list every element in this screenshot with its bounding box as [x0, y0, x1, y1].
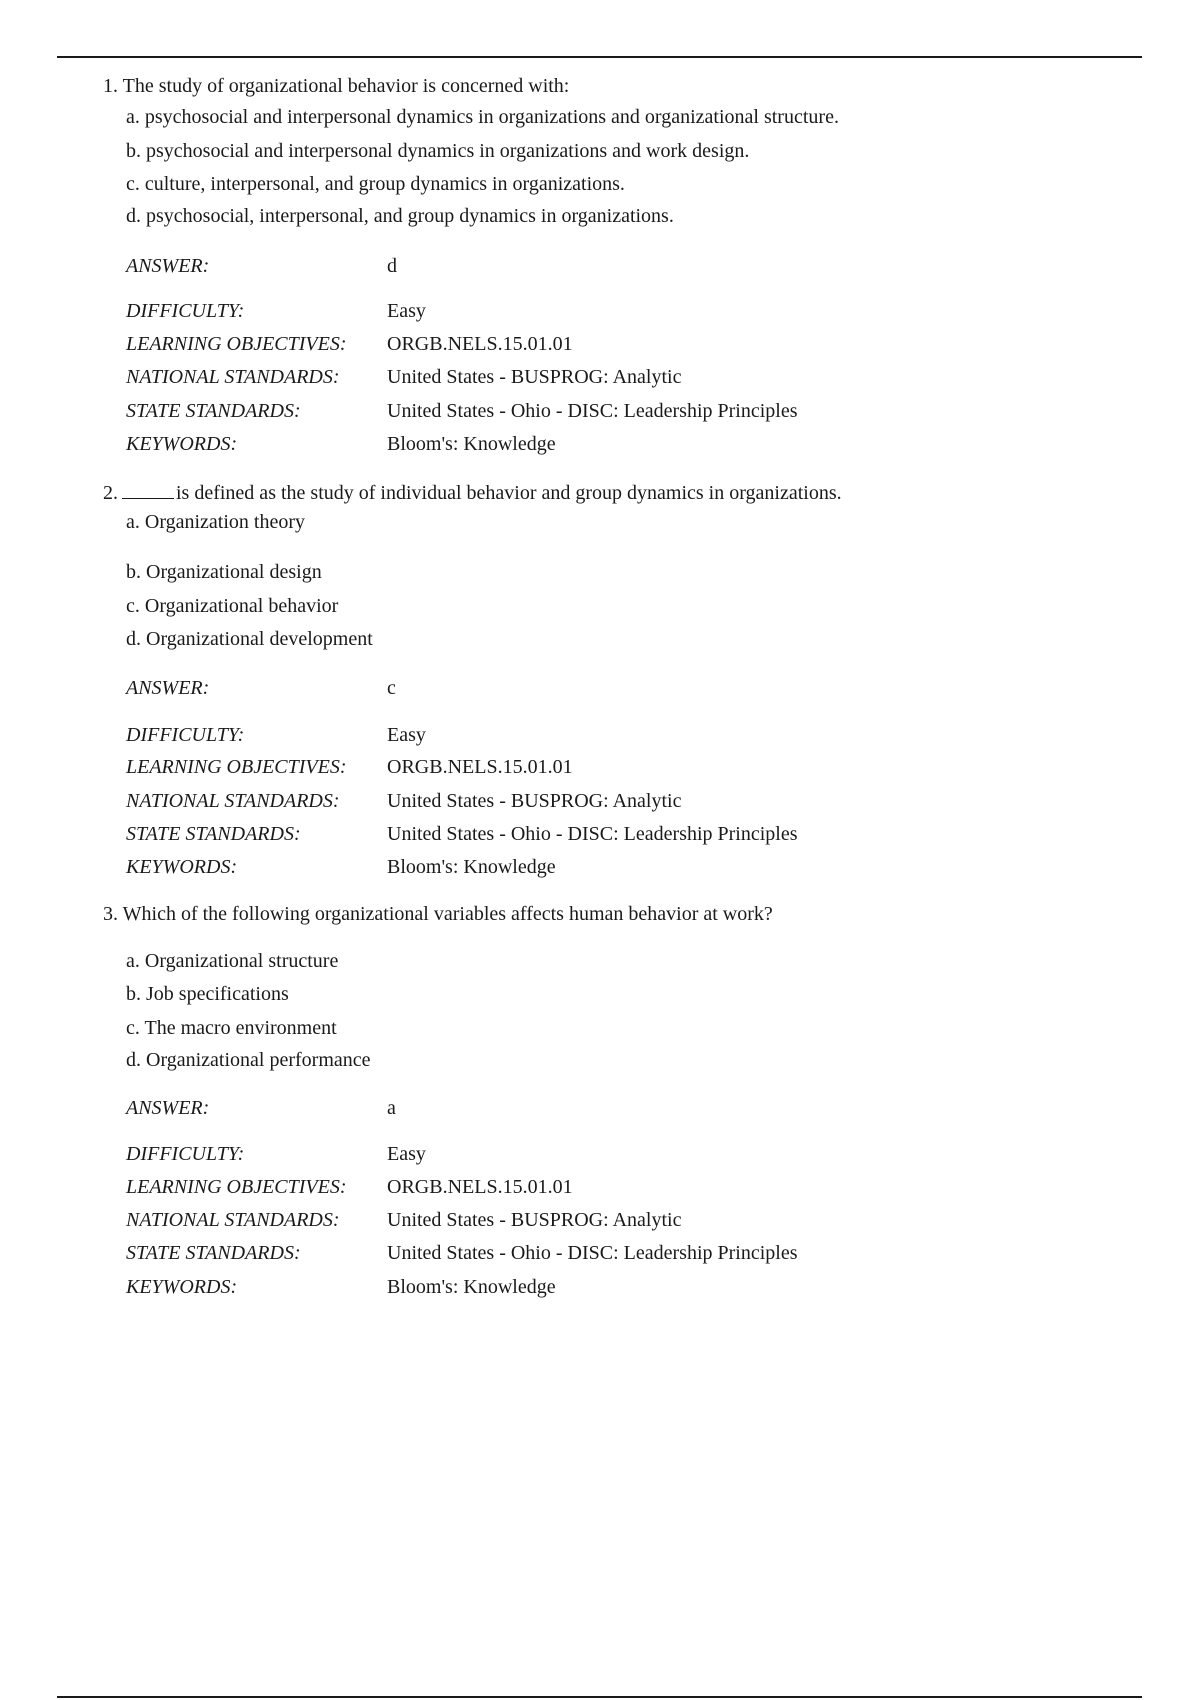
option-c: c. Organizational behavior — [126, 594, 338, 618]
question-number: 2. — [103, 482, 118, 504]
question-stem: 2.is defined as the study of individual … — [103, 480, 842, 505]
option-d: d. Organizational development — [126, 627, 373, 651]
answer-value: c — [387, 676, 396, 700]
answer-label: ANSWER: — [126, 1096, 209, 1120]
difficulty-label: DIFFICULTY: — [126, 299, 244, 323]
difficulty-value: Easy — [387, 1142, 426, 1166]
learning-objectives-value: ORGB.NELS.15.01.01 — [387, 332, 573, 356]
state-standards-label: STATE STANDARDS: — [126, 1241, 301, 1265]
bottom-rule — [57, 1696, 1142, 1698]
keywords-label: KEYWORDS: — [126, 1275, 237, 1299]
option-a: a. Organization theory — [126, 510, 305, 534]
keywords-value: Bloom's: Knowledge — [387, 1275, 556, 1299]
option-d: d. psychosocial, interpersonal, and grou… — [126, 204, 674, 228]
question-text: The study of organizational behavior is … — [123, 75, 570, 97]
option-c: c. The macro environment — [126, 1016, 337, 1040]
national-standards-value: United States - BUSPROG: Analytic — [387, 1208, 681, 1232]
national-standards-value: United States - BUSPROG: Analytic — [387, 365, 681, 389]
fill-in-blank — [122, 480, 174, 499]
keywords-label: KEYWORDS: — [126, 432, 237, 456]
option-a: a. Organizational structure — [126, 949, 338, 973]
national-standards-value: United States - BUSPROG: Analytic — [387, 789, 681, 813]
state-standards-value: United States - Ohio - DISC: Leadership … — [387, 1241, 798, 1265]
question-text: is defined as the study of individual be… — [176, 482, 842, 504]
learning-objectives-label: LEARNING OBJECTIVES: — [126, 1175, 347, 1199]
answer-label: ANSWER: — [126, 676, 209, 700]
difficulty-label: DIFFICULTY: — [126, 1142, 244, 1166]
difficulty-value: Easy — [387, 723, 426, 747]
question-text: Which of the following organizational va… — [123, 903, 773, 925]
option-b: b. Job specifications — [126, 982, 289, 1006]
national-standards-label: NATIONAL STANDARDS: — [126, 789, 340, 813]
keywords-value: Bloom's: Knowledge — [387, 855, 556, 879]
question-number: 3. — [103, 903, 118, 925]
learning-objectives-label: LEARNING OBJECTIVES: — [126, 332, 347, 356]
top-rule — [57, 56, 1142, 58]
answer-label: ANSWER: — [126, 254, 209, 278]
question-stem: 1. The study of organizational behavior … — [103, 74, 569, 98]
national-standards-label: NATIONAL STANDARDS: — [126, 1208, 340, 1232]
option-b: b. psychosocial and interpersonal dynami… — [126, 139, 749, 163]
answer-value: a — [387, 1096, 396, 1120]
national-standards-label: NATIONAL STANDARDS: — [126, 365, 340, 389]
learning-objectives-label: LEARNING OBJECTIVES: — [126, 755, 347, 779]
question-stem: 3. Which of the following organizational… — [103, 902, 773, 926]
answer-value: d — [387, 254, 397, 278]
state-standards-value: United States - Ohio - DISC: Leadership … — [387, 399, 798, 423]
keywords-value: Bloom's: Knowledge — [387, 432, 556, 456]
difficulty-value: Easy — [387, 299, 426, 323]
option-b: b. Organizational design — [126, 560, 322, 584]
learning-objectives-value: ORGB.NELS.15.01.01 — [387, 1175, 573, 1199]
state-standards-label: STATE STANDARDS: — [126, 822, 301, 846]
state-standards-value: United States - Ohio - DISC: Leadership … — [387, 822, 798, 846]
learning-objectives-value: ORGB.NELS.15.01.01 — [387, 755, 573, 779]
option-c: c. culture, interpersonal, and group dyn… — [126, 172, 625, 196]
question-number: 1. — [103, 75, 118, 97]
difficulty-label: DIFFICULTY: — [126, 723, 244, 747]
option-d: d. Organizational performance — [126, 1048, 371, 1072]
option-a: a. psychosocial and interpersonal dynami… — [126, 105, 839, 129]
keywords-label: KEYWORDS: — [126, 855, 237, 879]
state-standards-label: STATE STANDARDS: — [126, 399, 301, 423]
